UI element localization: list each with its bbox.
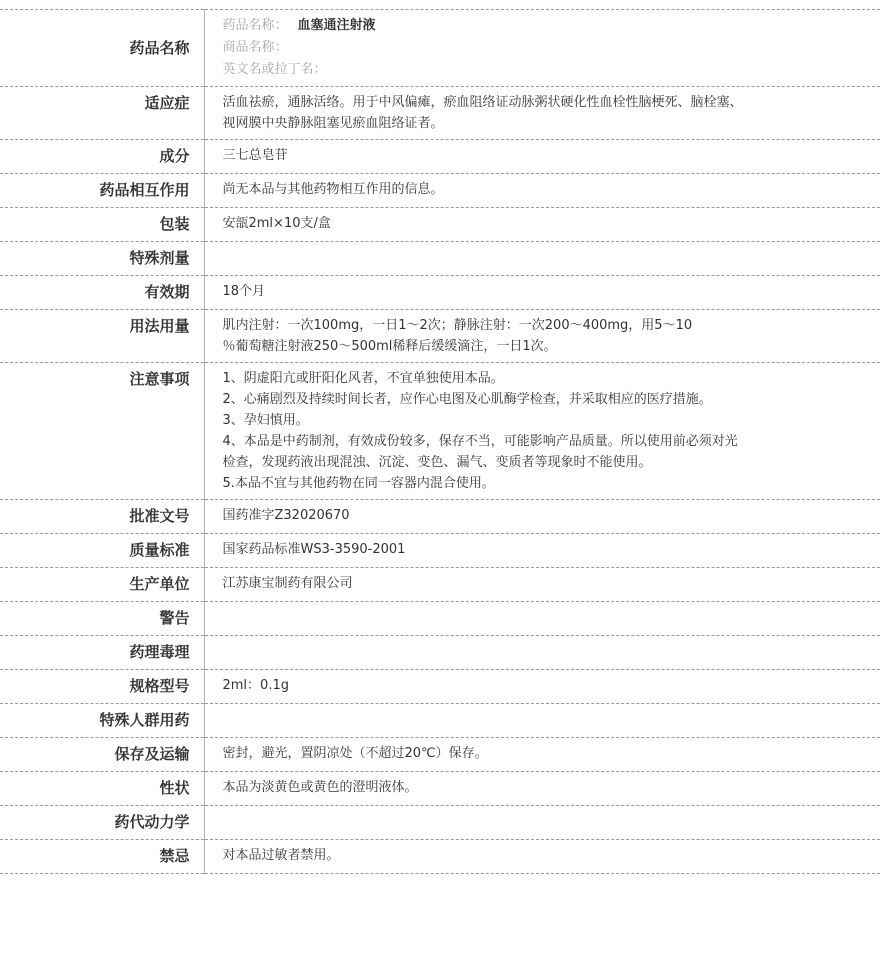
row-ingredients: 成分 三七总皂苷	[0, 140, 880, 174]
row-indications: 适应症 活血祛瘀，通脉活络。用于中风偏瘫，瘀血阻络证动脉粥状硬化性血栓性脑梗死、…	[0, 87, 880, 140]
row-label: 适应症	[0, 87, 204, 140]
value-line: 2、心痛剧烈及持续时间长者，应作心电图及心肌酶学检查，并采取相应的医疗措施。	[223, 389, 869, 410]
value-line: 本品为淡黄色或黄色的澄明液体。	[223, 777, 869, 798]
row-value	[204, 636, 880, 670]
english-name-line: 英文名或拉丁名：	[223, 59, 869, 81]
value-line: 4、本品是中药制剂，有效成份较多，保存不当，可能影响产品质量。所以使用前必须对光	[223, 431, 869, 452]
row-description: 性状 本品为淡黄色或黄色的澄明液体。	[0, 772, 880, 806]
trade-name-line: 商品名称：	[223, 37, 869, 59]
row-value: 国家药品标准WS3-3590-2001	[204, 534, 880, 568]
row-contraindications: 禁忌 对本品过敏者禁用。	[0, 840, 880, 874]
row-value: 对本品过敏者禁用。	[204, 840, 880, 874]
row-label: 药理毒理	[0, 636, 204, 670]
value-line: 1、阴虚阳亢或肝阳化风者，不宜单独使用本品。	[223, 368, 869, 389]
value-line: 密封，避光，置阴凉处（不超过20℃）保存。	[223, 743, 869, 764]
row-specification: 规格型号 2ml：0.1g	[0, 670, 880, 704]
row-value: 18个月	[204, 276, 880, 310]
row-value: 2ml：0.1g	[204, 670, 880, 704]
value-line: 国家药品标准WS3-3590-2001	[223, 539, 869, 560]
value-line: 视网膜中央静脉阻塞见瘀血阻络证者。	[223, 113, 869, 134]
value-line: 2ml：0.1g	[223, 675, 869, 696]
row-label: 警告	[0, 602, 204, 636]
row-pharmacokinetics: 药代动力学	[0, 806, 880, 840]
row-special-populations: 特殊人群用药	[0, 704, 880, 738]
value-line: 检查，发现药液出现混浊、沉淀、变色、漏气、变质者等现象时不能使用。	[223, 452, 869, 473]
row-value: 本品为淡黄色或黄色的澄明液体。	[204, 772, 880, 806]
row-quality-standard: 质量标准 国家药品标准WS3-3590-2001	[0, 534, 880, 568]
row-label: 生产单位	[0, 568, 204, 602]
row-drug-name: 药品名称 药品名称：血塞通注射液 商品名称： 英文名或拉丁名：	[0, 10, 880, 87]
row-value	[204, 704, 880, 738]
row-value: 活血祛瘀，通脉活络。用于中风偏瘫，瘀血阻络证动脉粥状硬化性血栓性脑梗死、脑栓塞、…	[204, 87, 880, 140]
drug-name-line: 药品名称：血塞通注射液	[223, 15, 869, 37]
row-manufacturer: 生产单位 江苏康宝制药有限公司	[0, 568, 880, 602]
row-value: 药品名称：血塞通注射液 商品名称： 英文名或拉丁名：	[204, 10, 880, 87]
row-value: 国药准字Z32020670	[204, 500, 880, 534]
row-label: 药品名称	[0, 10, 204, 87]
row-label: 有效期	[0, 276, 204, 310]
row-label: 保存及运输	[0, 738, 204, 772]
trade-name-sublabel: 商品名称：	[223, 40, 288, 55]
row-value: 肌内注射：一次100mg，一日1～2次；静脉注射：一次200～400mg，用5～…	[204, 310, 880, 363]
row-value	[204, 602, 880, 636]
row-packaging: 包装 安瓿2ml×10支/盒	[0, 208, 880, 242]
row-approval-number: 批准文号 国药准字Z32020670	[0, 500, 880, 534]
row-storage-transport: 保存及运输 密封，避光，置阴凉处（不超过20℃）保存。	[0, 738, 880, 772]
row-label: 禁忌	[0, 840, 204, 874]
value-line: 3、孕妇慎用。	[223, 410, 869, 431]
value-line: 对本品过敏者禁用。	[223, 845, 869, 866]
row-label: 特殊人群用药	[0, 704, 204, 738]
row-precautions: 注意事项 1、阴虚阳亢或肝阳化风者，不宜单独使用本品。 2、心痛剧烈及持续时间长…	[0, 363, 880, 500]
row-pharmacology-toxicology: 药理毒理	[0, 636, 880, 670]
row-label: 用法用量	[0, 310, 204, 363]
value-line: 5.本品不宜与其他药物在同一容器内混合使用。	[223, 473, 869, 494]
value-line: 江苏康宝制药有限公司	[223, 573, 869, 594]
row-label: 药代动力学	[0, 806, 204, 840]
row-label: 特殊剂量	[0, 242, 204, 276]
value-line: 国药准字Z32020670	[223, 505, 869, 526]
row-label: 成分	[0, 140, 204, 174]
row-label: 规格型号	[0, 670, 204, 704]
row-label: 性状	[0, 772, 204, 806]
row-label: 药品相互作用	[0, 174, 204, 208]
row-label: 质量标准	[0, 534, 204, 568]
row-value: 三七总皂苷	[204, 140, 880, 174]
row-label: 注意事项	[0, 363, 204, 500]
row-value	[204, 806, 880, 840]
row-warning: 警告	[0, 602, 880, 636]
row-value: 江苏康宝制药有限公司	[204, 568, 880, 602]
row-drug-interactions: 药品相互作用 尚无本品与其他药物相互作用的信息。	[0, 174, 880, 208]
drug-name-sublabel: 药品名称：	[223, 18, 288, 33]
row-value	[204, 242, 880, 276]
english-name-sublabel: 英文名或拉丁名：	[223, 62, 327, 77]
drug-info-table: 药品名称 药品名称：血塞通注射液 商品名称： 英文名或拉丁名： 适应症 活血祛瘀…	[0, 9, 880, 874]
row-special-dosage: 特殊剂量	[0, 242, 880, 276]
value-line: 18个月	[223, 281, 869, 302]
row-value: 密封，避光，置阴凉处（不超过20℃）保存。	[204, 738, 880, 772]
drug-name-text: 血塞通注射液	[298, 18, 376, 33]
row-value: 安瓿2ml×10支/盒	[204, 208, 880, 242]
row-value: 1、阴虚阳亢或肝阳化风者，不宜单独使用本品。 2、心痛剧烈及持续时间长者，应作心…	[204, 363, 880, 500]
value-line: 活血祛瘀，通脉活络。用于中风偏瘫，瘀血阻络证动脉粥状硬化性血栓性脑梗死、脑栓塞、	[223, 92, 869, 113]
value-line: 肌内注射：一次100mg，一日1～2次；静脉注射：一次200～400mg，用5～…	[223, 315, 869, 336]
row-value: 尚无本品与其他药物相互作用的信息。	[204, 174, 880, 208]
value-line: 三七总皂苷	[223, 145, 869, 166]
row-shelf-life: 有效期 18个月	[0, 276, 880, 310]
row-label: 包装	[0, 208, 204, 242]
row-label: 批准文号	[0, 500, 204, 534]
row-dosage-usage: 用法用量 肌内注射：一次100mg，一日1～2次；静脉注射：一次200～400m…	[0, 310, 880, 363]
value-line: 安瓿2ml×10支/盒	[223, 213, 869, 234]
value-line: 尚无本品与其他药物相互作用的信息。	[223, 179, 869, 200]
value-line: ％葡萄糖注射液250～500ml稀释后缓缓滴注，一日1次。	[223, 336, 869, 357]
